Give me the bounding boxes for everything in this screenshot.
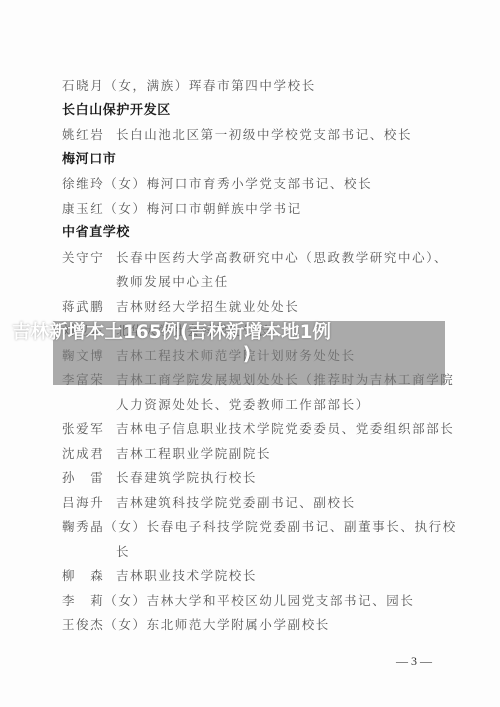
list-item: 孙 雷 长春建筑学院执行校长 xyxy=(62,466,452,491)
page-number: — 3 — xyxy=(396,654,432,669)
list-item: 徐维玲（女） 梅河口市育秀小学党支部书记、校长 xyxy=(62,172,452,197)
person-name: 沈成君 xyxy=(62,442,116,467)
section-heading: 梅河口市 xyxy=(62,148,452,173)
list-item: 康玉红（女） 梅河口市朝鲜族中学书记 xyxy=(62,197,452,222)
headline-text-continuation: ) xyxy=(12,344,452,366)
section-heading: 中省直学校 xyxy=(62,221,452,246)
list-item: 石晓月（女，满族） 珲春市第四中学校长 xyxy=(62,74,452,99)
person-name: 蒋武鹏 xyxy=(62,295,116,320)
person-title: 吉林职业技术学院校长 xyxy=(116,564,257,589)
list-item: 沈成君 吉林工程职业学院副院长 xyxy=(62,442,452,467)
person-name: 王俊杰（女） xyxy=(62,613,147,638)
person-title: 吉林建筑科技学院党委副书记、副校长 xyxy=(116,491,356,516)
person-title: 东北师范大学附属小学副校长 xyxy=(147,613,330,638)
list-item: 柳 森 吉林职业技术学院校长 xyxy=(62,564,452,589)
person-title: 长白山池北区第一初级中学校党支部书记、校长 xyxy=(116,123,412,148)
person-name: 姚红岩 xyxy=(62,123,116,148)
person-title: 梅河口市育秀小学党支部书记、校长 xyxy=(147,172,373,197)
list-item: 张爱军 吉林电子信息职业技术学院党委委员、党委组织部部长 xyxy=(62,417,452,442)
list-item-continuation: 教师发展中心主任 xyxy=(62,270,452,295)
list-item: 姚红岩 长白山池北区第一初级中学校党支部书记、校长 xyxy=(62,123,452,148)
person-title: 吉林电子信息职业技术学院党委委员、党委组织部部长 xyxy=(116,417,454,442)
person-title: 吉林大学和平校区幼儿园党支部书记、园长 xyxy=(147,589,415,614)
list-item: 鞠秀晶（女） 长春电子科技学院党委副书记、副董事长、执行校 xyxy=(62,515,452,540)
person-title: 珲春市第四中学校长 xyxy=(189,74,316,99)
person-name: 康玉红（女） xyxy=(62,197,147,222)
person-name: 鞠秀晶（女） xyxy=(62,515,147,540)
list-item-continuation: 长 xyxy=(62,540,452,565)
list-item: 关守宁 长春中医药大学高教研究中心（思政教学研究中心）、 xyxy=(62,246,452,271)
person-name: 柳 森 xyxy=(62,564,116,589)
person-title: 吉林工程职业学院副院长 xyxy=(116,442,271,467)
list-item-continuation: 人力资源处处长、党委教师工作部部长） xyxy=(62,393,452,418)
person-title: 长春建筑学院执行校长 xyxy=(116,466,257,491)
list-item: 李 莉（女） 吉林大学和平校区幼儿园党支部书记、园长 xyxy=(62,589,452,614)
person-name: 孙 雷 xyxy=(62,466,116,491)
person-title: 吉林财经大学招生就业处处长 xyxy=(116,295,299,320)
person-name: 张爱军 xyxy=(62,417,116,442)
list-item: 蒋武鹏 吉林财经大学招生就业处处长 xyxy=(62,295,452,320)
headline-text: 吉林新增本土165例(吉林新增本地1例 xyxy=(12,322,331,343)
person-title: 长春中医药大学高教研究中心（思政教学研究中心）、 xyxy=(116,246,448,271)
person-name: 李 莉（女） xyxy=(62,589,147,614)
person-name: 徐维玲（女） xyxy=(62,172,147,197)
section-heading: 长白山保护开发区 xyxy=(62,99,452,124)
person-name: 吕海升 xyxy=(62,491,116,516)
list-item: 王俊杰（女） 东北师范大学附属小学副校长 xyxy=(62,613,452,638)
person-name: 石晓月（女，满族） xyxy=(62,74,189,99)
person-name: 关守宁 xyxy=(62,246,116,271)
headline-overlay: 吉林新增本土165例(吉林新增本地1例 ) xyxy=(12,322,452,366)
person-title: 梅河口市朝鲜族中学书记 xyxy=(147,197,302,222)
list-item: 吕海升 吉林建筑科技学院党委副书记、副校长 xyxy=(62,491,452,516)
person-title: 长春电子科技学院党委副书记、副董事长、执行校 xyxy=(147,515,457,540)
